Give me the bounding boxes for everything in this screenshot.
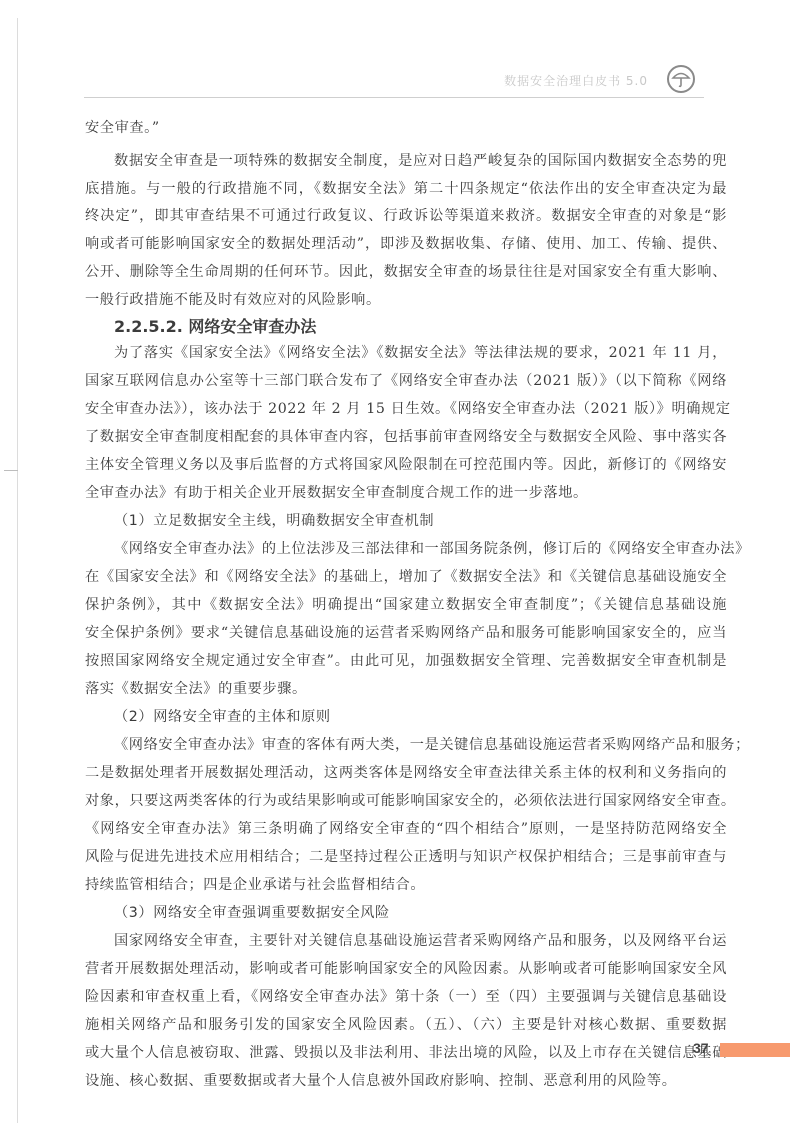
text-line: 《网络安全审查办法》第三条明确了网络安全审查的“四个相结合”原则，一是坚持防范网… — [85, 819, 727, 839]
subsection-heading: （1）立足数据安全主线，明确数据安全审查机制 — [114, 511, 727, 531]
text-line: 响或者可能影响国家安全的数据处理活动”，即涉及数据收集、存储、使用、加工、传输、… — [85, 234, 727, 254]
text-line: 一般行政措施不能及时有效应对的风险影响。 — [85, 290, 727, 310]
text-line: 数据安全审查是一项特殊的数据安全制度，是应对日趋严峻复杂的国际国内数据安全态势的… — [114, 151, 727, 171]
text-line: 施相关网络产品和服务引发的国家安全风险因素。（五）、（六）主要是针对核心数据、重… — [85, 1015, 727, 1035]
text-line: 安全审查办法》），该办法于 2022 年 2 月 15 日生效。《网络安全审查办… — [85, 399, 727, 419]
footer-accent-bar — [720, 1043, 790, 1057]
page-edge-line — [17, 18, 18, 1123]
text-line: 在《国家安全法》和《网络安全法》的基础上，增加了《数据安全法》和《关键信息基础设… — [85, 567, 727, 587]
text-line: 国家互联网信息办公室等十三部门联合发布了《网络安全审查办法（2021 版）》（以… — [85, 371, 727, 391]
text-line: 《网络安全审查办法》审查的客体有两大类，一是关键信息基础设施运营者采购网络产品和… — [114, 735, 727, 755]
header-rule — [84, 97, 704, 98]
text-line: 按照国家网络安全规定通过安全审查”。由此可见，加强数据安全管理、完善数据安全审查… — [85, 651, 727, 671]
page-header: 数据安全治理白皮书 5.0 — [84, 62, 704, 100]
section-heading: 2.2.5.2. 网络安全审查办法 — [114, 314, 316, 337]
text-line: 为了落实《国家安全法》《网络安全法》《数据安全法》等法律法规的要求，2021 年… — [114, 343, 727, 363]
text-line: 二是数据处理者开展数据处理活动，这两类客体是网络安全审查法律关系主体的权利和义务… — [85, 763, 727, 783]
crop-mark — [4, 470, 18, 471]
text-line: 或大量个人信息被窃取、泄露、毁损以及非法利用、非法出境的风险，以及上市存在关键信… — [85, 1043, 727, 1063]
text-line: 安全保护条例》要求“关键信息基础设施的运营者采购网络产品和服务可能影响国家安全的… — [85, 623, 727, 643]
page-number: 37 — [693, 1040, 709, 1056]
text-line: 主体安全管理义务以及事后监督的方式将国家风险限制在可控范围内等。因此，新修订的《… — [85, 455, 727, 475]
text-line: 风险与促进先进技术应用相结合；二是坚持过程公正透明与知识产权保护相结合；三是事前… — [85, 847, 727, 867]
subsection-heading: （3）网络安全审查强调重要数据安全风险 — [114, 903, 727, 923]
text-line: 终决定”，即其审查结果不可通过行政复议、行政诉讼等渠道来救济。数据安全审查的对象… — [85, 206, 727, 226]
text-line: 安全审查。” — [85, 118, 727, 138]
text-line: 持续监管相结合；四是企业承诺与社会监督相结合。 — [85, 875, 727, 895]
subsection-heading: （2）网络安全审查的主体和原则 — [114, 707, 727, 727]
text-line: 了数据安全审查制度相配套的具体审查内容，包括事前审查网络安全与数据安全风险、事中… — [85, 427, 727, 447]
text-line: 公开、删除等全生命周期的任何环节。因此，数据安全审查的场景往往是对国家安全有重大… — [85, 262, 727, 282]
text-line: 《网络安全审查办法》的上位法涉及三部法律和一部国务院条例，修订后的《网络安全审查… — [114, 539, 727, 559]
text-line: 对象，只要这两类客体的行为或结果影响或可能影响国家安全的，必须依法进行国家网络安… — [85, 791, 727, 811]
text-line: 设施、核心数据、重要数据或者大量个人信息被外国政府影响、控制、恶意利用的风险等。 — [85, 1071, 727, 1091]
text-line: 底措施。与一般的行政措施不同，《数据安全法》第二十四条规定“依法作出的安全审查决… — [85, 179, 727, 199]
text-line: 落实《数据安全法》的重要步骤。 — [85, 679, 727, 699]
text-line: 营者开展数据处理活动，影响或者可能影响国家安全的风险因素。从影响或者可能影响国家… — [85, 959, 727, 979]
text-line: 保护条例》，其中《数据安全法》明确提出“国家建立数据安全审查制度”；《关键信息基… — [85, 595, 727, 615]
text-line: 国家网络安全审查，主要针对关键信息基础设施运营者采购网络产品和服务，以及网络平台… — [114, 931, 727, 951]
running-header-title: 数据安全治理白皮书 5.0 — [504, 72, 648, 89]
text-line: 险因素和审查权重上看，《网络安全审查办法》第十条（一）至（四）主要强调与关键信息… — [85, 987, 727, 1007]
text-line: 全审查办法》有助于相关企业开展数据安全审查制度合规工作的进一步落地。 — [85, 483, 727, 503]
umbrella-circle-icon — [666, 64, 696, 94]
